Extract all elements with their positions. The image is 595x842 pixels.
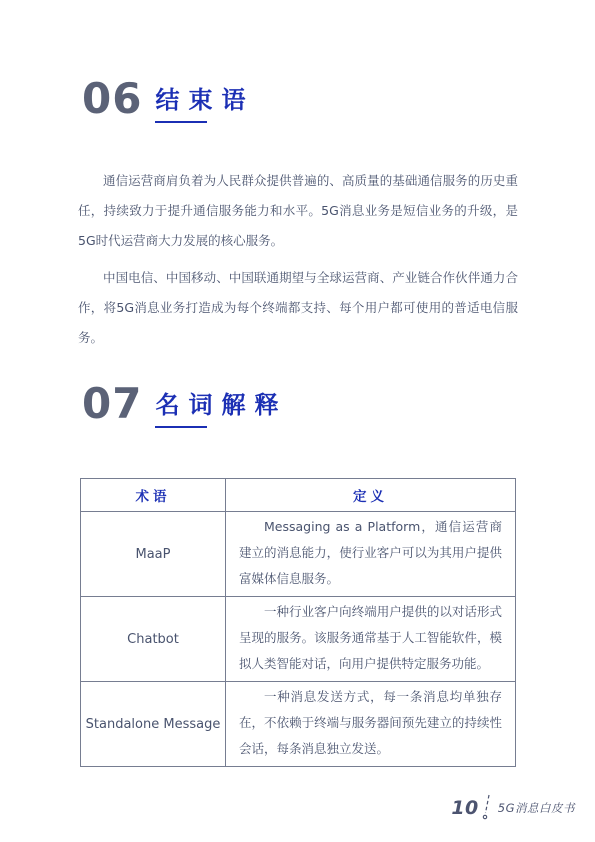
section-title-underline: [155, 426, 207, 428]
section-title-underline: [155, 121, 207, 123]
table-header-row: 术语 定义: [81, 479, 516, 512]
section-title-wrap: 名词解释: [155, 383, 287, 428]
table-header-term: 术语: [81, 479, 226, 512]
section-number: 07: [82, 383, 142, 425]
table-row: Standalone Message 一种消息发送方式，每一条消息均单独存在，不…: [81, 682, 516, 767]
table-header-definition: 定义: [226, 479, 516, 512]
whitepaper-page: 06 结束语 通信运营商肩负着为人民群众提供普遍的、高质量的基础通信服务的历史重…: [0, 0, 595, 842]
table-row: Chatbot 一种行业客户向终端用户提供的以对话形式呈现的服务。该服务通常基于…: [81, 597, 516, 682]
page-footer: 10 5G消息白皮书: [451, 794, 575, 821]
section-title: 结束语: [155, 88, 254, 112]
section-heading-conclusion: 06 结束语: [82, 78, 254, 123]
term-cell: Standalone Message: [81, 682, 226, 767]
section-title: 名词解释: [155, 393, 287, 417]
conclusion-paragraph-1: 通信运营商肩负着为人民群众提供普遍的、高质量的基础通信服务的历史重任，持续致力于…: [78, 166, 518, 256]
conclusion-paragraph-2: 中国电信、中国移动、中国联通期望与全球运营商、产业链合作伙伴通力合作，将5G消息…: [78, 263, 518, 353]
section-number: 06: [82, 78, 142, 120]
term-cell: MaaP: [81, 512, 226, 597]
table-row: MaaP Messaging as a Platform，通信运营商建立的消息能…: [81, 512, 516, 597]
glossary-table: 术语 定义 MaaP Messaging as a Platform，通信运营商…: [80, 478, 516, 767]
section-heading-glossary: 07 名词解释: [82, 383, 287, 428]
dashed-line-ornament: [481, 794, 492, 821]
section-title-wrap: 结束语: [155, 78, 254, 123]
term-cell: Chatbot: [81, 597, 226, 682]
definition-cell: 一种消息发送方式，每一条消息均单独存在，不依赖于终端与服务器间预先建立的持续性会…: [226, 682, 516, 767]
page-number: 10: [451, 797, 478, 819]
definition-cell: 一种行业客户向终端用户提供的以对话形式呈现的服务。该服务通常基于人工智能软件，模…: [226, 597, 516, 682]
booklet-title: 5G消息白皮书: [498, 800, 575, 816]
definition-cell: Messaging as a Platform，通信运营商建立的消息能力，使行业…: [226, 512, 516, 597]
